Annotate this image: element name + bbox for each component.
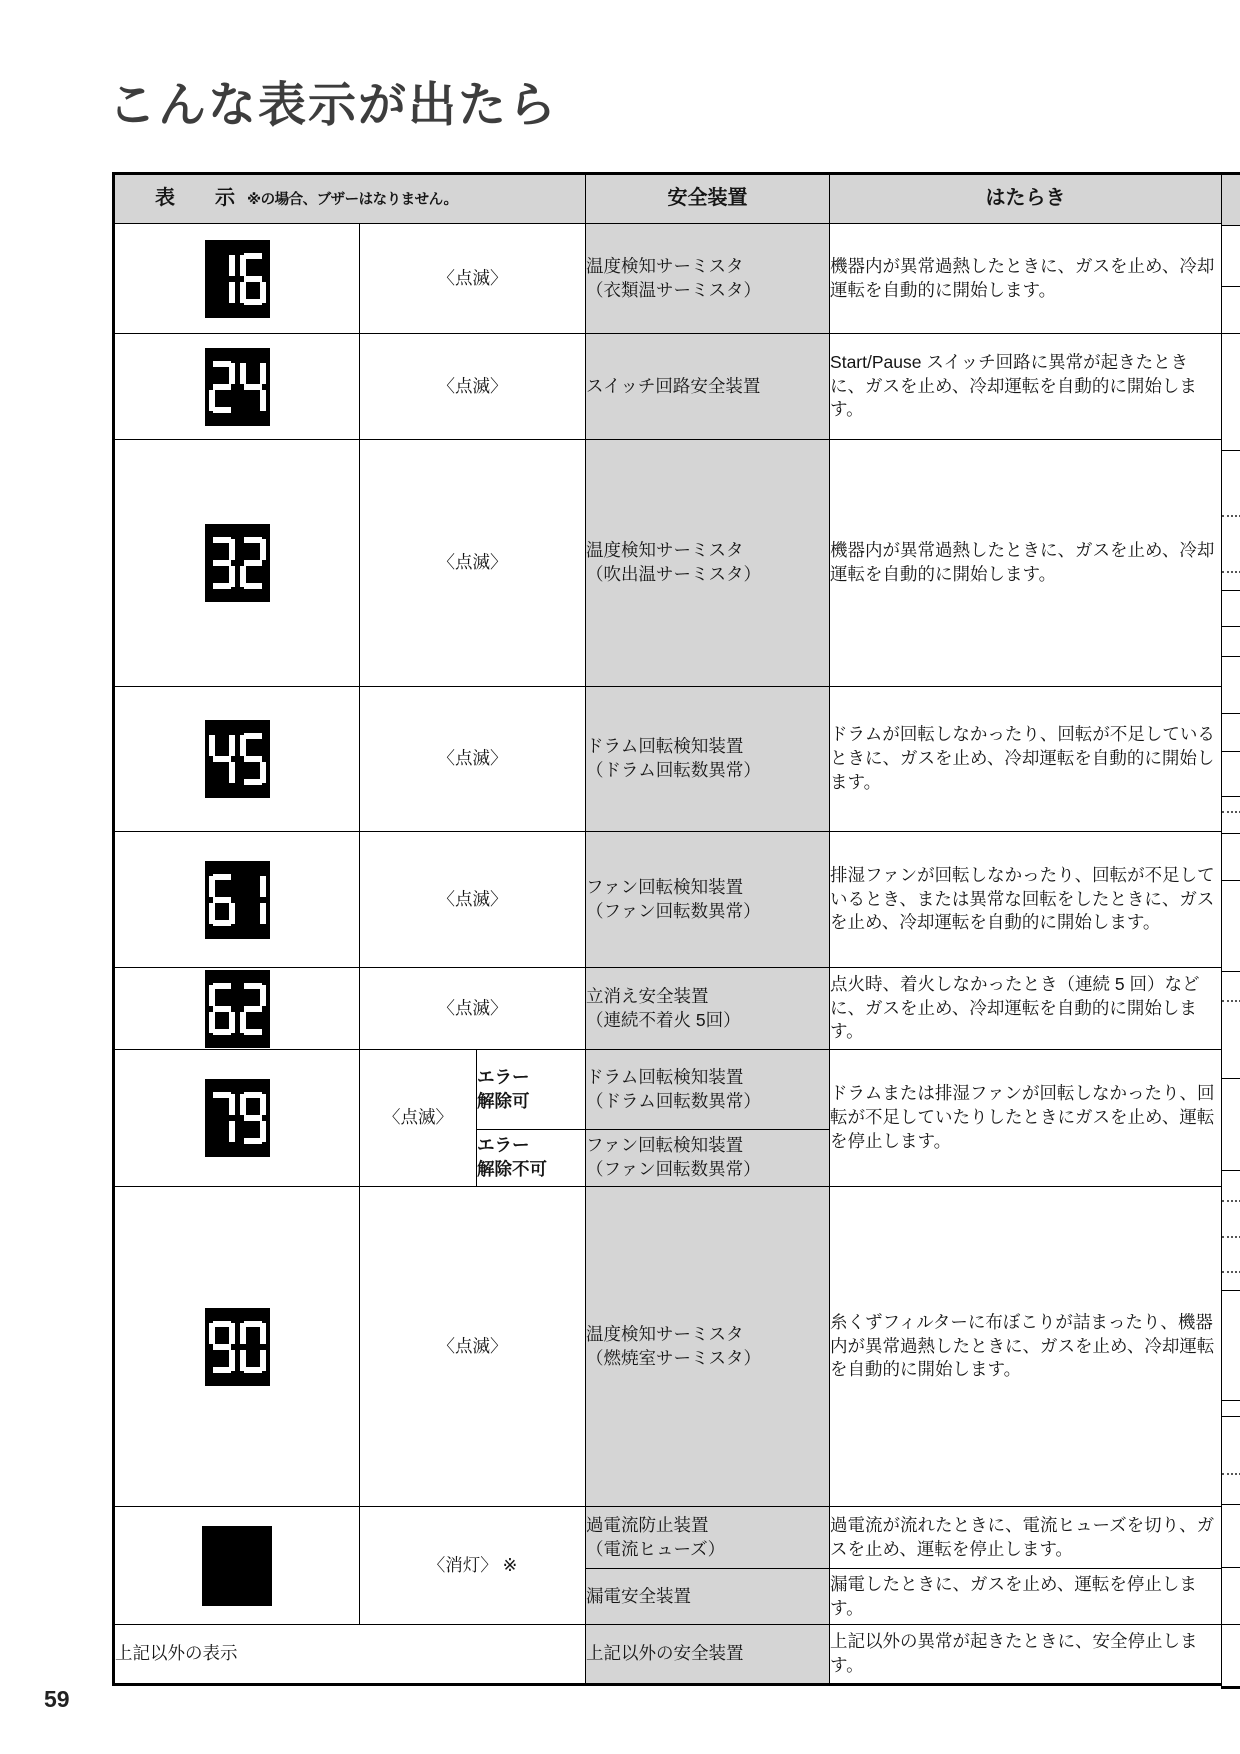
function-cell: 糸くずフィルターに布ぼこりが詰まったり、機器内が異常過熱したときに、ガスを止め、… xyxy=(830,1187,1223,1507)
seven-segment-display-62 xyxy=(205,970,270,1048)
cutoff-dotted-leader xyxy=(1222,515,1240,517)
header-function: はたらき xyxy=(830,174,1223,224)
safety-device-cell: 上記以外の安全装置 xyxy=(586,1625,830,1685)
table-row-other: 上記以外の表示 上記以外の安全装置 上記以外の異常が起きたときに、安全停止します… xyxy=(114,1625,1223,1685)
cutoff-cell-border xyxy=(1222,1624,1240,1625)
cutoff-cell-border xyxy=(1222,1416,1240,1417)
table-row-32: 〈点滅〉 温度検知サーミスタ （吹出温サーミスタ） 機器内が異常過熱したときに、… xyxy=(114,440,1223,687)
seven-segment-display-24 xyxy=(205,348,270,426)
header-safety-device: 安全装置 xyxy=(586,174,830,224)
cutoff-cell-border xyxy=(1222,1290,1240,1291)
error-code-cell xyxy=(114,832,360,968)
blink-state-cell: 〈点滅〉 xyxy=(360,334,586,440)
other-display-cell: 上記以外の表示 xyxy=(114,1625,586,1685)
table-row-24: 〈点滅〉 スイッチ回路安全装置 Start/Pause スイッチ回路に異常が起き… xyxy=(114,334,1223,440)
blink-state-cell: 〈点滅〉 xyxy=(360,832,586,968)
cutoff-right-column xyxy=(1221,172,1240,1689)
safety-device-cell: ドラム回転検知装置 （ドラム回転数異常） xyxy=(586,687,830,832)
cutoff-cell-border xyxy=(1222,286,1240,287)
blink-state-cell: 〈点滅〉 xyxy=(360,224,586,334)
cutoff-dotted-leader xyxy=(1222,571,1240,573)
cutoff-dotted-leader xyxy=(1222,1473,1240,1475)
cutoff-dotted-leader xyxy=(1222,1236,1240,1238)
table-row-16: 〈点滅〉 温度検知サーミスタ （衣類温サーミスタ） 機器内が異常過熱したときに、… xyxy=(114,224,1223,334)
seven-segment-display-16 xyxy=(205,240,270,318)
cutoff-cell-border xyxy=(1222,1400,1240,1401)
error-code-cell xyxy=(114,334,360,440)
cutoff-cell-border xyxy=(1222,833,1240,834)
cutoff-cell-border xyxy=(1222,971,1240,972)
cutoff-cell-border xyxy=(1222,1170,1240,1171)
page-title: こんな表示が出たら xyxy=(108,66,558,135)
error-code-cell xyxy=(114,1050,360,1187)
table-row-62: 〈点滅〉 立消え安全装置 （連続不着火 5回） 点火時、着火しなかったとき（連続… xyxy=(114,968,1223,1050)
function-cell: Start/Pause スイッチ回路に異常が起きたときに、ガスを止め、冷却運転を… xyxy=(830,334,1223,440)
seven-segment-display-45 xyxy=(205,720,270,798)
cutoff-cell-border xyxy=(1222,333,1240,334)
error-code-cell xyxy=(114,224,360,334)
header-display: 表 示※の場合、ブザーはなりません。 xyxy=(114,174,586,224)
cutoff-dotted-leader xyxy=(1222,1271,1240,1273)
cutoff-dotted-leader xyxy=(1222,1200,1240,1202)
safety-device-cell: ファン回転検知装置 （ファン回転数異常） xyxy=(586,1130,830,1187)
cutoff-dotted-leader xyxy=(1222,811,1240,813)
cutoff-column-header xyxy=(1222,175,1240,226)
seven-segment-display-90 xyxy=(205,1308,270,1386)
cutoff-cell-border xyxy=(1222,626,1240,627)
display-off-box xyxy=(202,1526,272,1606)
table-row-45: 〈点滅〉 ドラム回転検知装置 （ドラム回転数異常） ドラムが回転しなかったり、回… xyxy=(114,687,1223,832)
error-code-cell xyxy=(114,440,360,687)
blink-state-cell: 〈点滅〉 xyxy=(360,1050,477,1187)
safety-device-cell: 温度検知サーミスタ （燃焼室サーミスタ） xyxy=(586,1187,830,1507)
page-number: 59 xyxy=(44,1686,70,1713)
manual-page: こんな表示が出たら 表 示※の場合、ブザーはなりません。 安全装置 はたらき 〈… xyxy=(0,0,1240,1754)
cutoff-dotted-leader xyxy=(1222,1000,1240,1002)
table-row-off-fuse: 〈消灯〉 ※ 過電流防止装置 （電流ヒューズ） 過電流が流れたときに、電流ヒュー… xyxy=(114,1507,1223,1569)
header-display-note: ※の場合、ブザーはなりません。 xyxy=(247,192,457,208)
cutoff-cell-border xyxy=(1222,1504,1240,1505)
safety-device-cell: 過電流防止装置 （電流ヒューズ） xyxy=(586,1507,830,1569)
table-row-79-clearable: 〈点滅〉 エラー 解除可 ドラム回転検知装置 （ドラム回転数異常） ドラムまたは… xyxy=(114,1050,1223,1130)
cutoff-cell-border xyxy=(1222,450,1240,451)
blink-state-cell: 〈点滅〉 xyxy=(360,1187,586,1507)
cutoff-cell-border xyxy=(1222,1078,1240,1079)
seven-segment-display-79 xyxy=(205,1079,270,1157)
blink-state-cell: 〈点滅〉 xyxy=(360,968,586,1050)
blink-state-cell: 〈点滅〉 xyxy=(360,440,586,687)
table-row-61: 〈点滅〉 ファン回転検知装置 （ファン回転数異常） 排湿ファンが回転しなかったり… xyxy=(114,832,1223,968)
safety-device-cell: 温度検知サーミスタ （衣類温サーミスタ） xyxy=(586,224,830,334)
header-display-label: 表 示 xyxy=(115,187,235,209)
seven-segment-display-61 xyxy=(205,861,270,939)
cutoff-cell-border xyxy=(1222,713,1240,714)
blink-state-cell: 〈点滅〉 xyxy=(360,687,586,832)
safety-device-cell: 立消え安全装置 （連続不着火 5回） xyxy=(586,968,830,1050)
safety-device-cell: ドラム回転検知装置 （ドラム回転数異常） xyxy=(586,1050,830,1130)
safety-device-cell: スイッチ回路安全装置 xyxy=(586,334,830,440)
function-cell: 上記以外の異常が起きたときに、安全停止します。 xyxy=(830,1625,1223,1685)
cutoff-cell-border xyxy=(1222,751,1240,752)
cutoff-cell-border xyxy=(1222,880,1240,881)
function-cell: ドラムまたは排湿ファンが回転しなかったり、回転が不足していたりしたときにガスを止… xyxy=(830,1050,1223,1187)
function-cell: 機器内が異常過熱したときに、ガスを止め、冷却運転を自動的に開始します。 xyxy=(830,224,1223,334)
safety-device-cell: 温度検知サーミスタ （吹出温サーミスタ） xyxy=(586,440,830,687)
cutoff-cell-border xyxy=(1222,1567,1240,1568)
error-clear-cell: エラー 解除不可 xyxy=(477,1130,586,1187)
function-cell: 漏電したときに、ガスを止め、運転を停止します。 xyxy=(830,1569,1223,1625)
table-header-row: 表 示※の場合、ブザーはなりません。 安全装置 はたらき xyxy=(114,174,1223,224)
seven-segment-display-32 xyxy=(205,524,270,602)
display-off-cell xyxy=(114,1507,360,1625)
safety-device-cell: ファン回転検知装置 （ファン回転数異常） xyxy=(586,832,830,968)
table-row-90: 〈点滅〉 温度検知サーミスタ （燃焼室サーミスタ） 糸くずフィルターに布ぼこりが… xyxy=(114,1187,1223,1507)
cutoff-cell-border xyxy=(1222,590,1240,591)
function-cell: 機器内が異常過熱したときに、ガスを止め、冷却運転を自動的に開始します。 xyxy=(830,440,1223,687)
off-state-cell: 〈消灯〉 ※ xyxy=(360,1507,586,1625)
function-cell: 過電流が流れたときに、電流ヒューズを切り、ガスを止め、運転を停止します。 xyxy=(830,1507,1223,1569)
safety-device-cell: 漏電安全装置 xyxy=(586,1569,830,1625)
function-cell: 点火時、着火しなかったとき（連続 5 回）などに、ガスを止め、冷却運転を自動的に… xyxy=(830,968,1223,1050)
error-code-cell xyxy=(114,687,360,832)
cutoff-cell-border xyxy=(1222,796,1240,797)
function-cell: 排湿ファンが回転しなかったり、回転が不足しているとき、または異常な回転をしたとき… xyxy=(830,832,1223,968)
cutoff-cell-border xyxy=(1222,656,1240,657)
error-code-cell xyxy=(114,1187,360,1507)
error-clear-cell: エラー 解除可 xyxy=(477,1050,586,1130)
function-cell: ドラムが回転しなかったり、回転が不足しているときに、ガスを止め、冷却運転を自動的… xyxy=(830,687,1223,832)
error-display-table: 表 示※の場合、ブザーはなりません。 安全装置 はたらき 〈点滅〉 温度検知サー… xyxy=(112,172,1224,1686)
error-code-cell xyxy=(114,968,360,1050)
